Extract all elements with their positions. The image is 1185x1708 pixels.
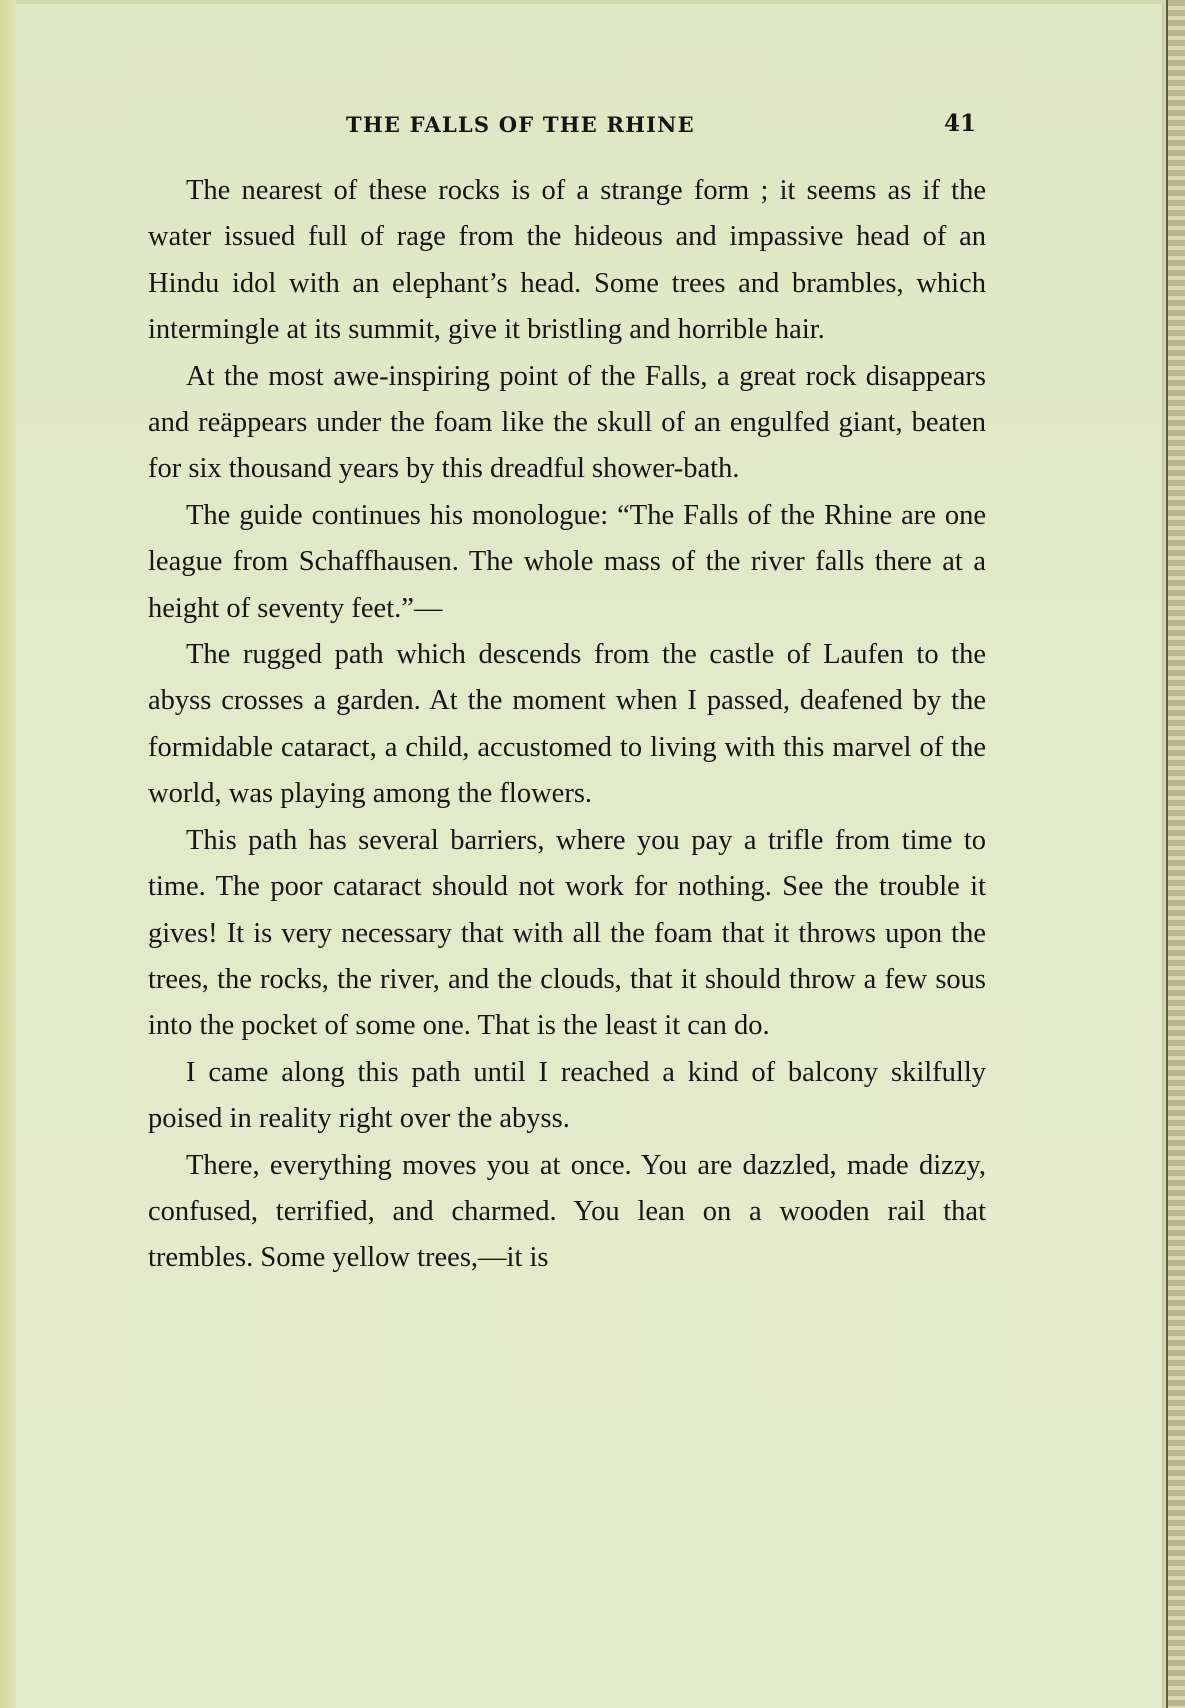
paragraph: The nearest of these rocks is of a stran… — [148, 168, 986, 354]
paragraph: This path has several barriers, where yo… — [148, 818, 986, 1050]
page-gutter — [0, 0, 16, 1708]
paragraph: I came along this path until I reached a… — [148, 1050, 986, 1143]
body-text: The nearest of these rocks is of a stran… — [148, 168, 986, 1282]
page-number: 41 — [944, 110, 976, 137]
paragraph: There, everything moves you at once. You… — [148, 1143, 986, 1282]
paragraph: At the most awe-inspiring point of the F… — [148, 354, 986, 493]
running-head: THE FALLS OF THE RHINE 41 — [0, 112, 1185, 142]
paragraph: The guide continues his monologue: “The … — [148, 493, 986, 632]
running-head-title: THE FALLS OF THE RHINE — [346, 112, 695, 137]
paragraph: The rugged path which descends from the … — [148, 632, 986, 818]
page-edge — [1166, 0, 1185, 1708]
